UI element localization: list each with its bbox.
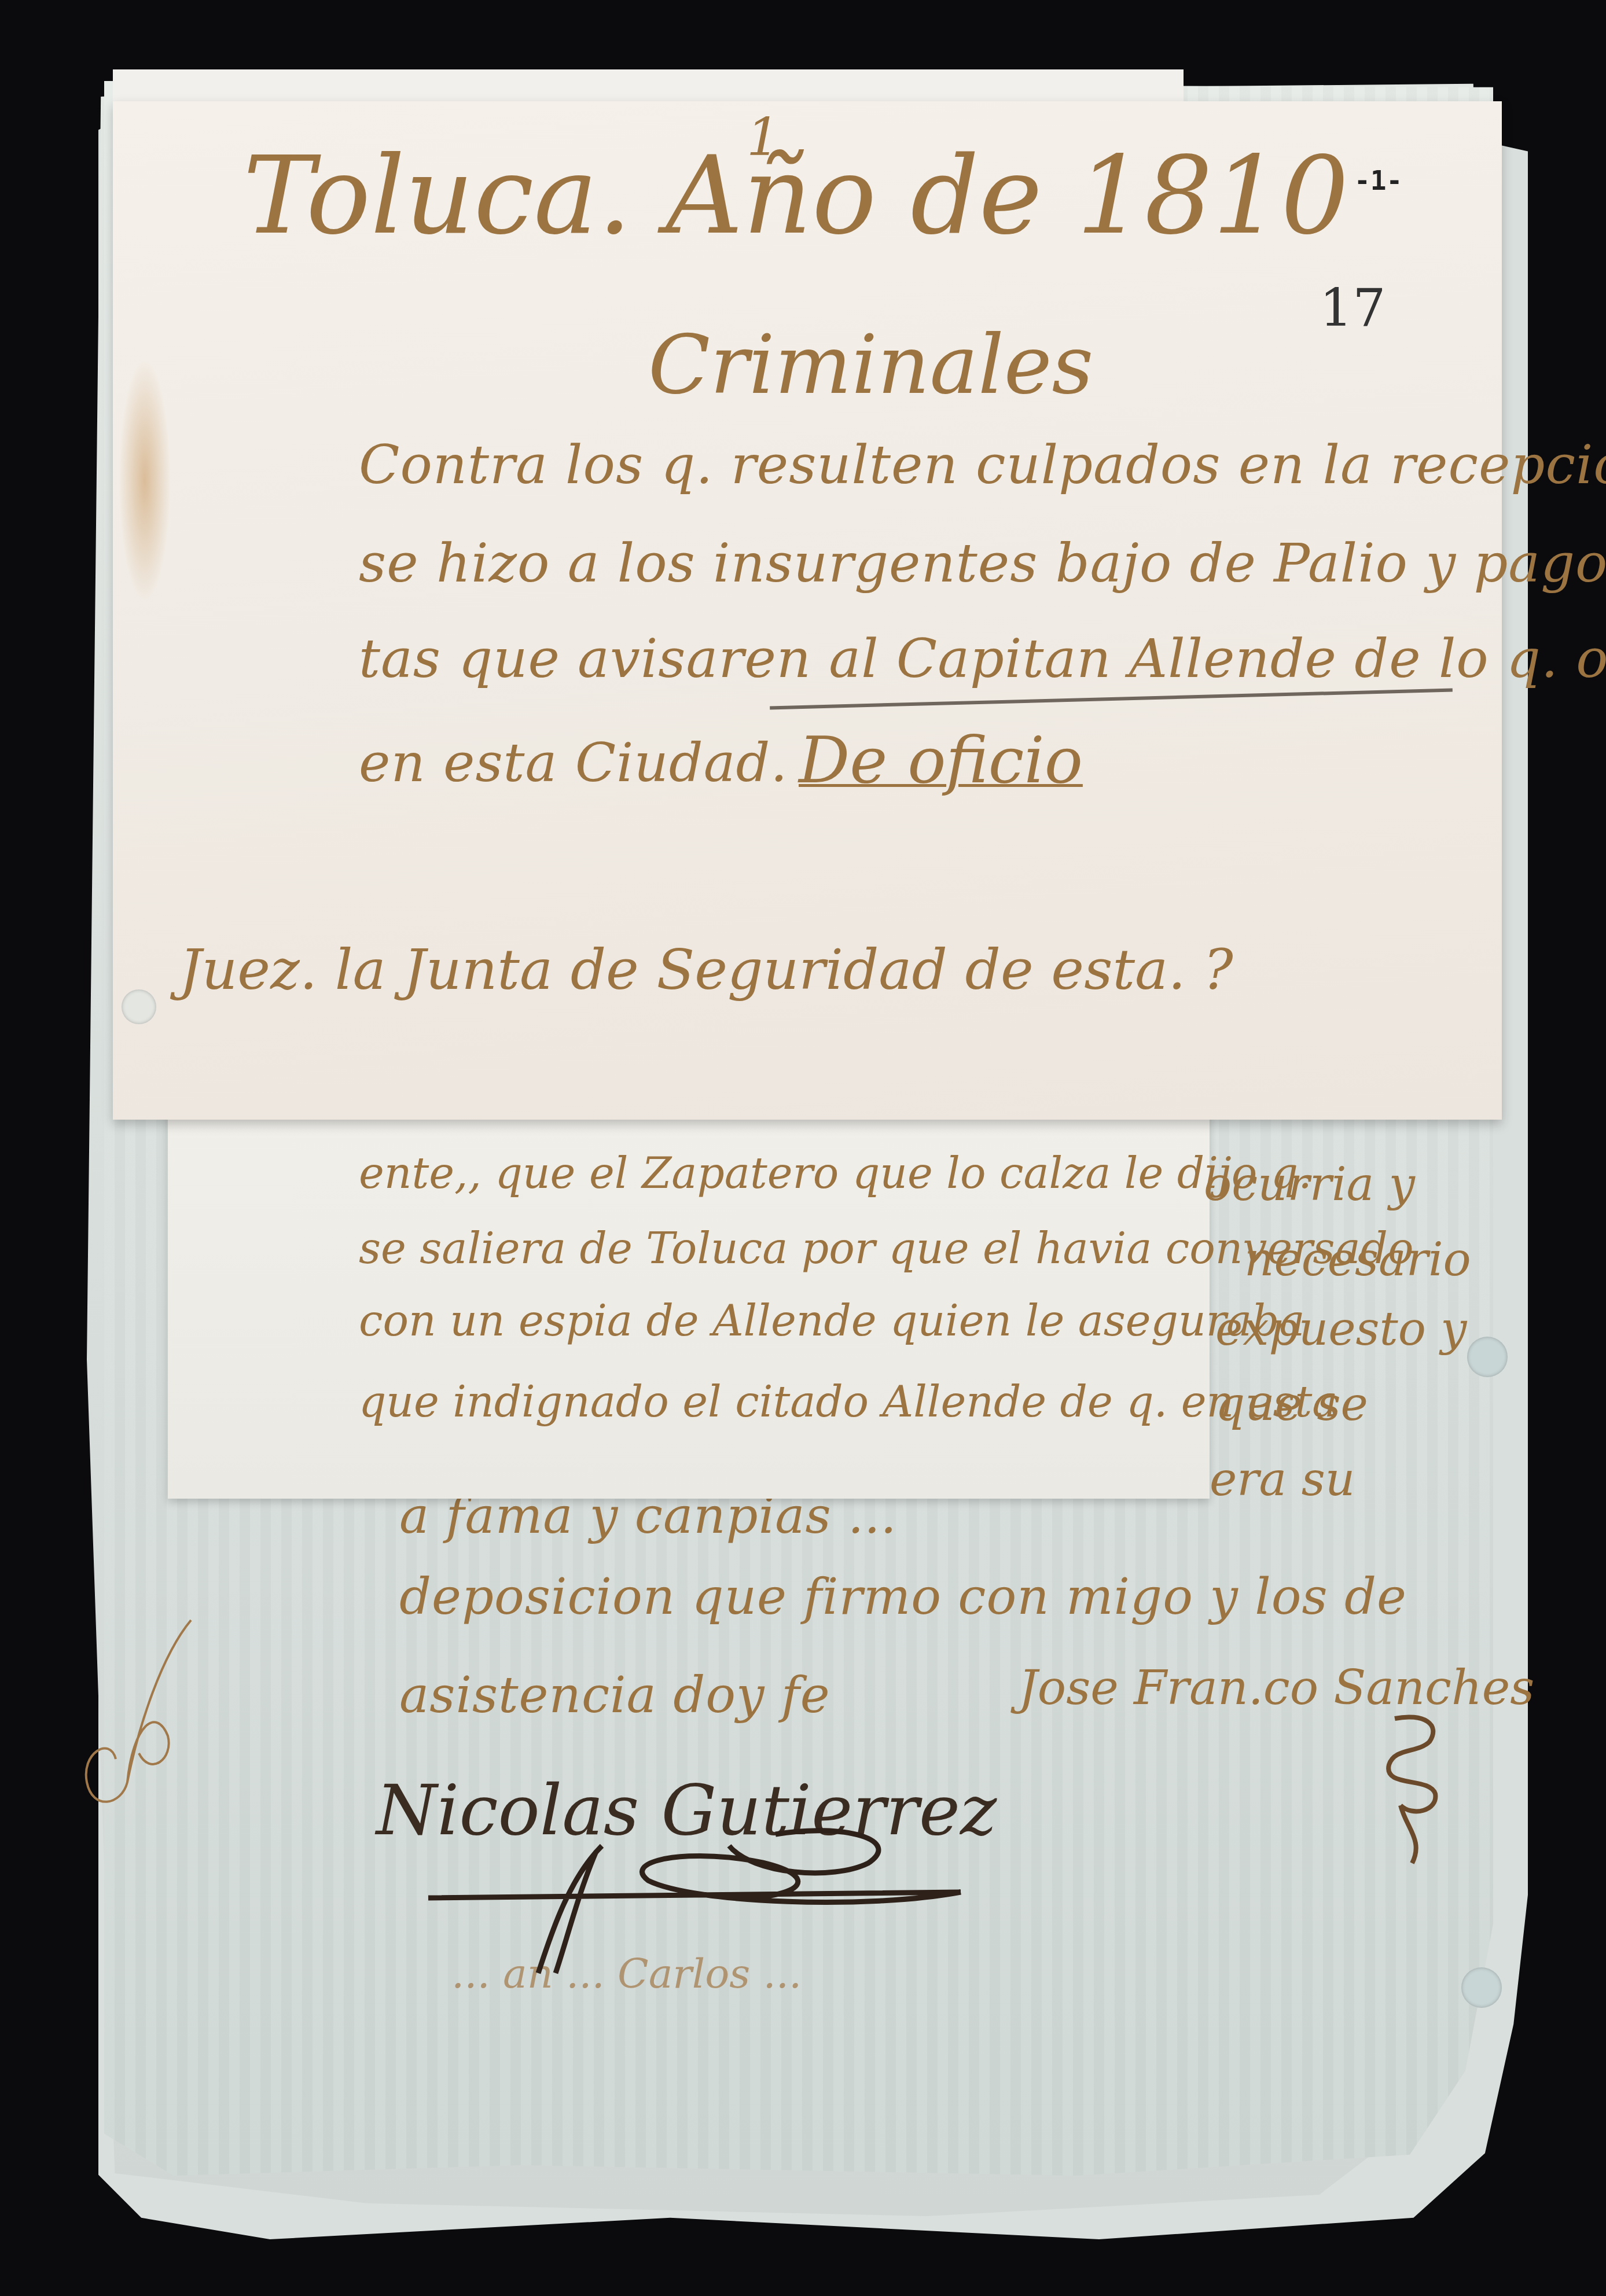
folio-number-17: 17 — [1320, 278, 1386, 338]
cover-body-line: se hizo a los insurgentes bajo de Palio … — [359, 532, 1606, 594]
judge-line: Juez. la Junta de Seguridad de esta. ? — [179, 937, 1233, 1002]
cover-body-line: Contra los q. resulten culpados en la re… — [359, 434, 1606, 496]
cover-body-line: en esta Ciudad. — [359, 732, 788, 794]
slip-text-line: que indignado el citado Allende de q. en… — [359, 1377, 1337, 1427]
punch-hole — [1461, 1967, 1502, 2008]
document-title: Toluca. Año de 1810 — [243, 133, 1349, 258]
rubric-flourish-icon — [75, 1609, 214, 1817]
lower-text-line: asistencia doy fe — [399, 1666, 830, 1724]
folio-number-stamp: -1- — [1354, 165, 1402, 196]
lower-text-line: deposicion que firmo con migo y los de — [399, 1568, 1407, 1626]
fragment-text: que se — [1215, 1377, 1368, 1431]
slip-text-line: con un espia de Allende quien le asegura… — [359, 1296, 1305, 1346]
rust-stain — [119, 359, 171, 602]
document-heading: Criminales — [648, 318, 1093, 413]
fragment-text: era su — [1210, 1452, 1355, 1506]
cover-body-line: tas que avisaren al Capitan Allende de l… — [359, 628, 1606, 690]
fragment-text: ocurria y — [1204, 1157, 1415, 1211]
fragment-text: expuesto y — [1215, 1302, 1467, 1356]
de-oficio-label: De oficio — [799, 723, 1083, 797]
punch-hole — [122, 989, 156, 1024]
punch-hole — [1467, 1337, 1508, 1377]
slip-text-line: ente,, que el Zapatero que lo calza le d… — [359, 1149, 1312, 1198]
signature-flourish-icon — [405, 1811, 1013, 1979]
rubric-flourish-icon — [1360, 1707, 1458, 1881]
fragment-text: necesario — [1244, 1232, 1471, 1286]
